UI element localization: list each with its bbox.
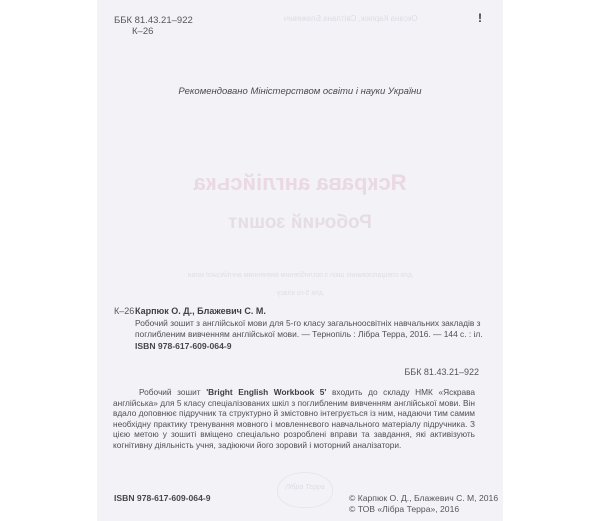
footer-isbn: ISBN 978-617-609-064-9 (114, 493, 211, 503)
show-through-title: Яскрава англійська (97, 170, 503, 196)
copyright-authors: © Карпюк О. Д., Блажевич С. М, 2016 (349, 493, 498, 503)
copyright-publisher: © ТОВ «Лібра Терра», 2016 (349, 504, 459, 514)
show-through-line-2: для 5-го класу (97, 290, 503, 297)
bibliographic-authors: Карпюк О. Д., Блажевич С. М. (135, 306, 266, 316)
bbk-code-top: ББК 81.43.21–922 (114, 15, 193, 26)
bibliographic-description-line-2: поглибленим вивченням англійської мови. … (135, 329, 495, 340)
bibliographic-description: Робочий зошит з англійської мови для 5-г… (135, 318, 495, 339)
bibliographic-author-mark: К–26 (114, 306, 134, 316)
annotation-prefix: Робочий зошит (139, 387, 206, 397)
bibliographic-isbn: ISBN 978-617-609-064-9 (135, 341, 232, 351)
show-through-line-1: для спеціалізованих шкіл з поглибленим в… (97, 272, 503, 279)
exclamation-mark-icon: ! (478, 11, 482, 25)
book-imprint-page: Оксана Карпюк, Світлана Блажевич ББК 81.… (97, 0, 503, 521)
bbk-code-right: ББК 81.43.21–922 (404, 367, 479, 377)
show-through-subtitle: Робочий зошит (97, 212, 503, 234)
ministry-recommendation: Рекомендовано Міністерством освіти і нау… (97, 86, 503, 97)
author-mark-top: К–26 (132, 26, 153, 37)
annotation-paragraph: Робочий зошит 'Bright English Workbook 5… (113, 387, 475, 451)
show-through-author-line: Оксана Карпюк, Світлана Блажевич (284, 14, 418, 23)
bibliographic-description-line-1: Робочий зошит з англійської мови для 5-г… (135, 318, 495, 329)
publisher-logo-icon: Лібра Терра (277, 472, 333, 508)
annotation-workbook-title: 'Bright English Workbook 5' (206, 387, 326, 397)
